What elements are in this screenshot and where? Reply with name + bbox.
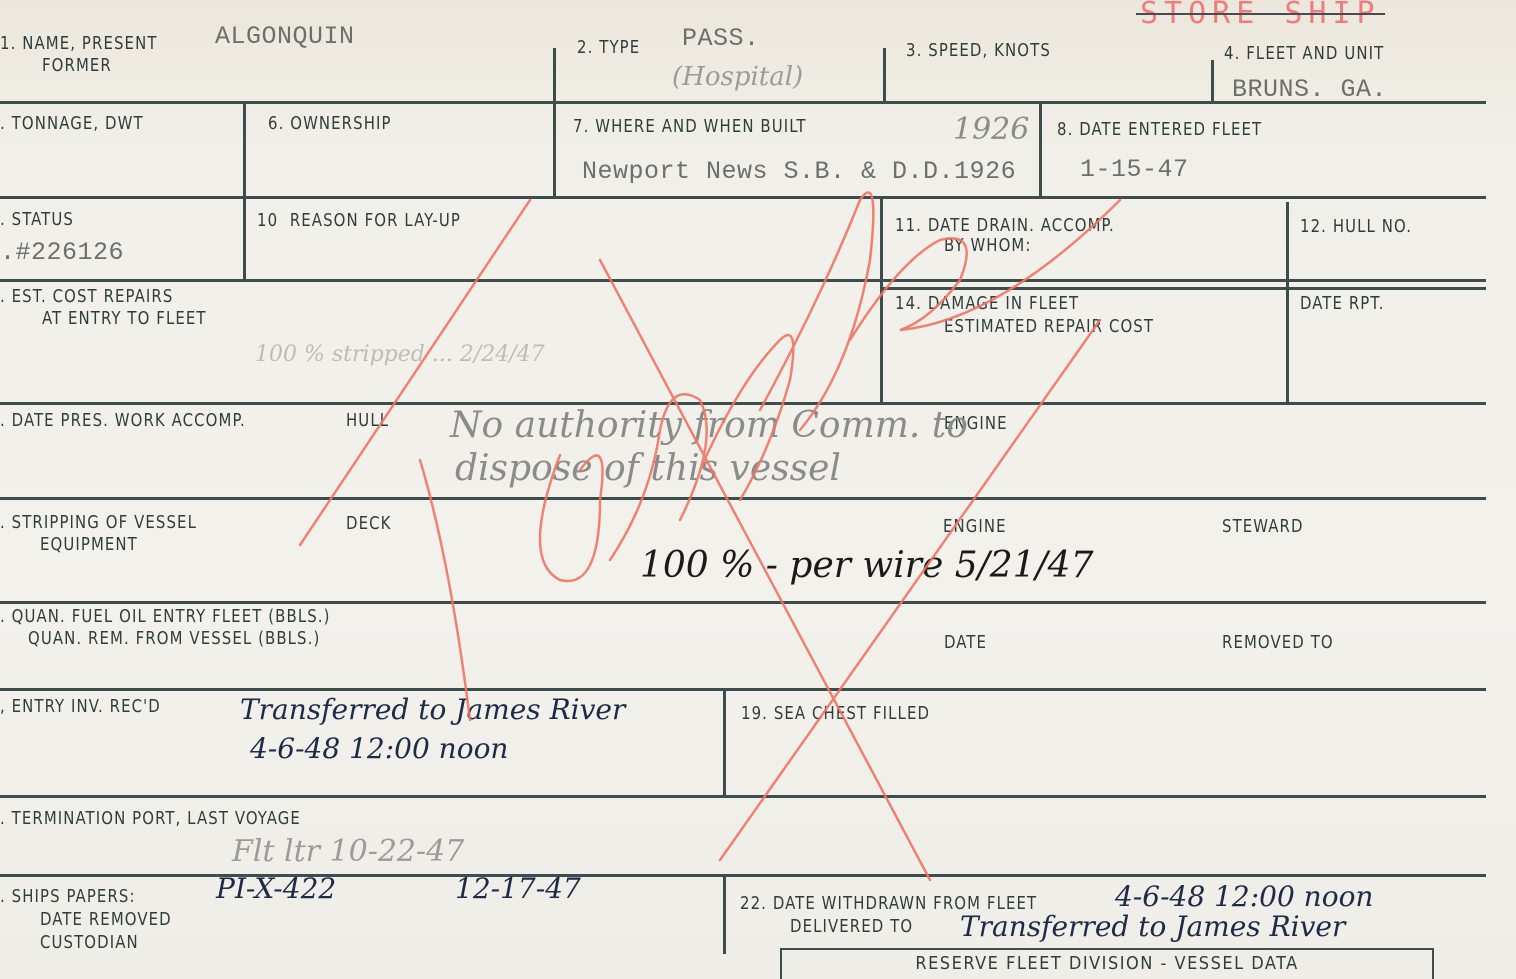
where-when-built: Newport News S.B. & D.D.1926 xyxy=(582,157,1016,186)
field-12-label: 12. HULL NO. xyxy=(1300,216,1412,238)
rule-row8 xyxy=(0,688,1486,691)
repair-cost-note: 100 % stripped ... 2/24/47 xyxy=(255,342,545,367)
field-15-label: . DATE PRES. WORK ACCOMP. xyxy=(0,410,246,432)
field-7-label: 7. WHERE AND WHEN BUILT xyxy=(573,116,807,138)
form-title-box: RESERVE FLEET DIVISION - VESSEL DATA xyxy=(780,948,1434,979)
type-note: (Hospital) xyxy=(672,62,803,92)
fuel-date-label: DATE xyxy=(944,632,987,654)
hull-label: HULL xyxy=(346,410,389,432)
field-6-label: 6. OWNERSHIP xyxy=(268,113,392,135)
stripping-note: 100 % - per wire 5/21/47 xyxy=(640,545,1093,586)
rule-row6 xyxy=(0,497,1486,500)
rule-row2 xyxy=(0,196,1486,199)
removed-to-label: REMOVED TO xyxy=(1222,632,1334,654)
svg-text:Transfer: Transfer xyxy=(0,0,60,4)
stamp-text: STORE SHIP xyxy=(1140,0,1381,31)
entry-inv-note-2: 4-6-48 12:00 noon xyxy=(250,732,508,765)
field-9-label: . STATUS xyxy=(0,209,74,231)
engine-label-2: ENGINE xyxy=(943,516,1007,538)
field-20-label: . TERMINATION PORT, LAST VOYAGE xyxy=(0,808,301,830)
field-4-label: 4. FLEET AND UNIT xyxy=(1224,43,1384,65)
field-5-label: . TONNAGE, DWT xyxy=(0,113,144,135)
rule-v-speed xyxy=(883,48,886,103)
field-13-label: . EST. COST REPAIRS xyxy=(0,286,173,308)
rule-row9 xyxy=(0,795,1486,798)
field-18-label: , ENTRY INV. REC'D xyxy=(0,696,161,718)
rule-v-hull xyxy=(1286,202,1289,405)
date-withdrawn: 4-6-48 12:00 noon xyxy=(1115,880,1373,913)
built-year-note: 1926 xyxy=(953,112,1029,147)
field-3-label: 3. SPEED, KNOTS xyxy=(906,40,1051,62)
rule-row7 xyxy=(0,601,1486,604)
field-8-label: 8. DATE ENTERED FLEET xyxy=(1057,119,1262,141)
deck-label: DECK xyxy=(346,513,391,535)
rule-row4 xyxy=(880,287,1486,290)
field-16-sub: EQUIPMENT xyxy=(40,534,138,556)
delivered-to: Transferred to James River xyxy=(960,910,1345,943)
field-21-label: . SHIPS PAPERS: xyxy=(0,886,136,908)
red-transfer-annotation: Transfer xyxy=(0,0,1516,979)
field-17-label: . QUAN. FUEL OIL ENTRY FLEET (BBLS.) xyxy=(0,606,331,628)
field-2-label: 2. TYPE xyxy=(577,37,640,59)
field-22-sub: DELIVERED TO xyxy=(790,916,913,938)
ships-papers-ref: PI-X-422 xyxy=(216,872,336,905)
field-11-sub: BY WHOM: xyxy=(944,235,1032,257)
rule-v-seachest xyxy=(723,690,726,797)
field-1-sub: FORMER xyxy=(42,55,112,77)
form-title: RESERVE FLEET DIVISION - VESSEL DATA xyxy=(915,953,1298,974)
rule-v-tonnage xyxy=(243,101,246,281)
field-17-sub: QUAN. REM. FROM VESSEL (BBLS.) xyxy=(28,628,320,650)
status-value: .#226126 xyxy=(0,238,124,267)
rule-v-fleet xyxy=(1211,60,1214,103)
pres-work-note-1: No authority from Comm. to xyxy=(450,405,968,446)
steward-label: STEWARD xyxy=(1222,516,1304,538)
termination-note: Flt ltr 10-22-47 xyxy=(232,834,464,869)
date-entered-fleet: 1-15-47 xyxy=(1080,155,1189,184)
field-1-label: 1. NAME, PRESENT xyxy=(0,33,158,55)
vessel-type: PASS. xyxy=(682,24,760,53)
field-14-sub: ESTIMATED REPAIR COST xyxy=(944,316,1154,338)
rule-v-built xyxy=(1039,101,1042,198)
field-14-label: 14. DAMAGE IN FLEET xyxy=(895,293,1079,315)
field-11-label: 11. DATE DRAIN. ACCOMP. xyxy=(895,215,1115,237)
field-21-sub1: DATE REMOVED xyxy=(40,909,172,931)
date-rpt-label: DATE RPT. xyxy=(1300,293,1384,315)
field-21-sub2: CUSTODIAN xyxy=(40,932,139,954)
rule-v-type xyxy=(553,48,556,198)
field-19-label: 19. SEA CHEST FILLED xyxy=(741,703,930,725)
pres-work-note-2: dispose of this vessel xyxy=(455,448,841,489)
rule-v-drain xyxy=(880,198,883,405)
vessel-name: ALGONQUIN xyxy=(215,22,355,51)
ships-papers-date: 12-17-47 xyxy=(455,872,581,905)
strikethrough xyxy=(1136,13,1385,15)
rule-row3 xyxy=(0,279,1486,282)
vessel-data-card: STORE SHIP 1. NAME, PRESENT FORMER ALGON… xyxy=(0,0,1516,979)
rule-v-withdrawn xyxy=(723,876,726,954)
entry-inv-note-1: Transferred to James River xyxy=(240,693,625,726)
store-ship-stamp: STORE SHIP xyxy=(1140,0,1381,31)
field-16-label: . STRIPPING OF VESSEL xyxy=(0,512,197,534)
field-10-label: 10 REASON FOR LAY-UP xyxy=(257,210,461,232)
field-13-sub: AT ENTRY TO FLEET xyxy=(42,308,207,330)
fleet-unit: BRUNS. GA. xyxy=(1232,75,1387,104)
